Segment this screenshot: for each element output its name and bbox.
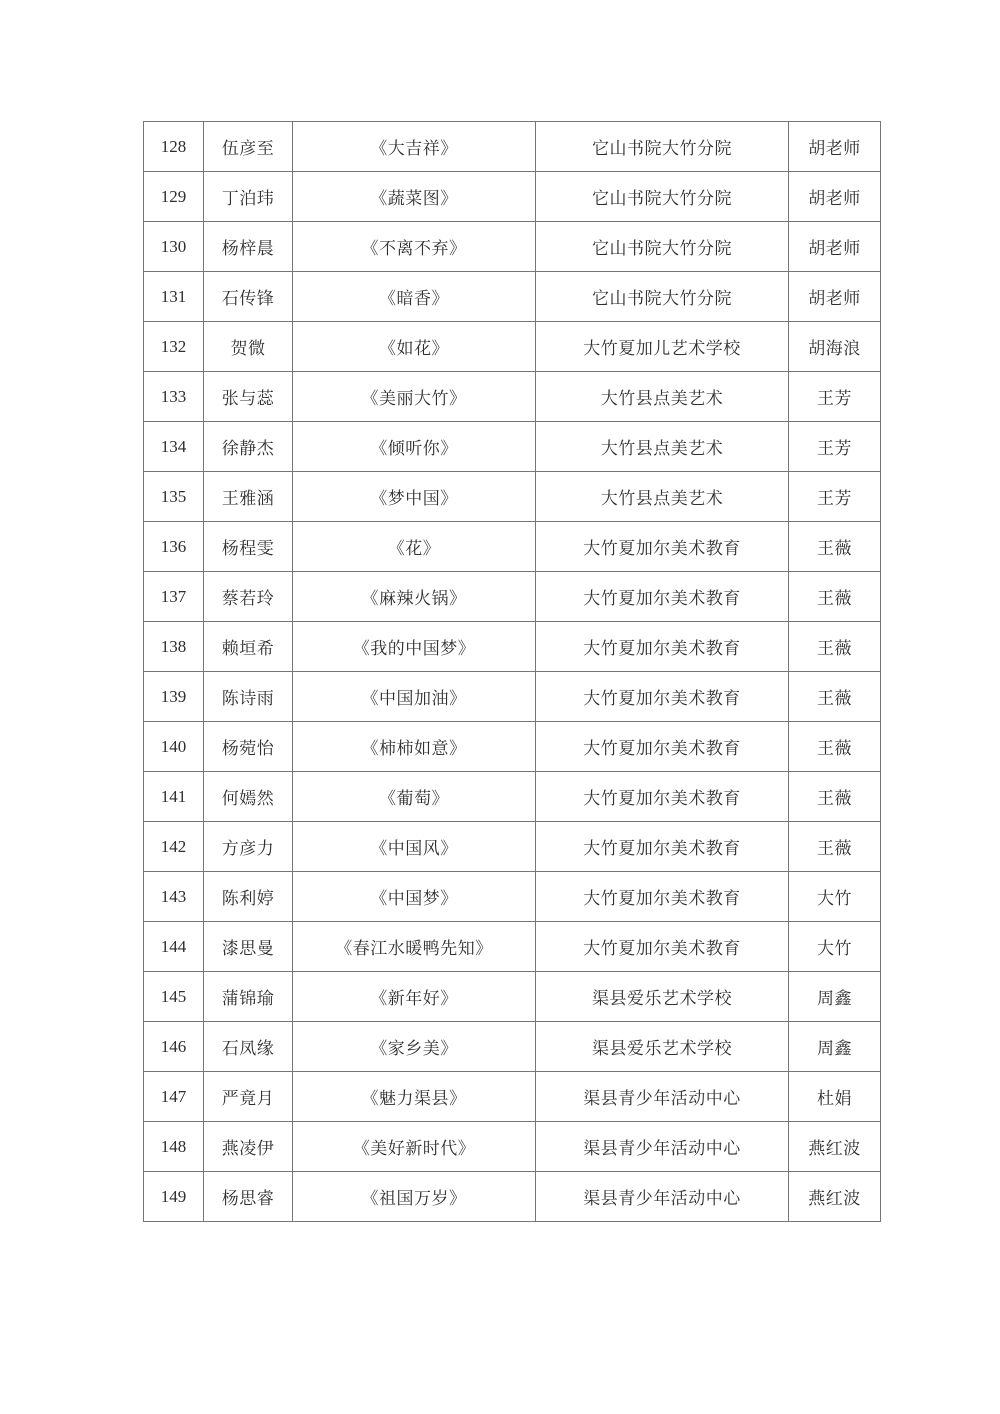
cell-school-name: 大竹县点美艺术 [536,372,789,422]
cell-artwork-title: 《中国梦》 [293,872,536,922]
table-row: 136杨程雯《花》大竹夏加尔美术教育王薇 [144,522,881,572]
cell-student-name: 杨菀怡 [204,722,293,772]
cell-teacher-name: 王薇 [789,672,881,722]
cell-artwork-title: 《梦中国》 [293,472,536,522]
cell-entry-number: 146 [144,1022,204,1072]
document-page: 128伍彦至《大吉祥》它山书院大竹分院胡老师129丁泊玮《蔬菜图》它山书院大竹分… [0,0,1000,1414]
cell-teacher-name: 周鑫 [789,1022,881,1072]
cell-teacher-name: 王薇 [789,722,881,772]
cell-entry-number: 138 [144,622,204,672]
cell-entry-number: 130 [144,222,204,272]
cell-teacher-name: 王薇 [789,772,881,822]
cell-student-name: 杨程雯 [204,522,293,572]
table-row: 132贺微《如花》大竹夏加儿艺术学校胡海浪 [144,322,881,372]
cell-school-name: 大竹县点美艺术 [536,472,789,522]
cell-student-name: 漆思曼 [204,922,293,972]
cell-teacher-name: 王芳 [789,422,881,472]
table-row: 143陈利婷《中国梦》大竹夏加尔美术教育大竹 [144,872,881,922]
cell-school-name: 它山书院大竹分院 [536,122,789,172]
cell-school-name: 大竹夏加尔美术教育 [536,672,789,722]
cell-teacher-name: 胡老师 [789,272,881,322]
cell-student-name: 石传锋 [204,272,293,322]
cell-teacher-name: 燕红波 [789,1122,881,1172]
cell-artwork-title: 《祖国万岁》 [293,1172,536,1222]
cell-teacher-name: 胡海浪 [789,322,881,372]
table-row: 135王雅涵《梦中国》大竹县点美艺术王芳 [144,472,881,522]
cell-school-name: 大竹夏加尔美术教育 [536,622,789,672]
cell-artwork-title: 《如花》 [293,322,536,372]
cell-entry-number: 140 [144,722,204,772]
cell-artwork-title: 《暗香》 [293,272,536,322]
cell-school-name: 大竹夏加尔美术教育 [536,572,789,622]
table-row: 138赖垣希《我的中国梦》大竹夏加尔美术教育王薇 [144,622,881,672]
cell-entry-number: 128 [144,122,204,172]
table-row: 128伍彦至《大吉祥》它山书院大竹分院胡老师 [144,122,881,172]
award-roster-table: 128伍彦至《大吉祥》它山书院大竹分院胡老师129丁泊玮《蔬菜图》它山书院大竹分… [143,121,881,1222]
cell-entry-number: 135 [144,472,204,522]
table-row: 144漆思曼《春江水暖鸭先知》大竹夏加尔美术教育大竹 [144,922,881,972]
cell-school-name: 大竹夏加尔美术教育 [536,772,789,822]
cell-teacher-name: 王薇 [789,822,881,872]
cell-teacher-name: 王芳 [789,472,881,522]
cell-entry-number: 144 [144,922,204,972]
cell-school-name: 渠县爱乐艺术学校 [536,1022,789,1072]
table-row: 131石传锋《暗香》它山书院大竹分院胡老师 [144,272,881,322]
cell-artwork-title: 《大吉祥》 [293,122,536,172]
cell-entry-number: 142 [144,822,204,872]
roster-table-body: 128伍彦至《大吉祥》它山书院大竹分院胡老师129丁泊玮《蔬菜图》它山书院大竹分… [144,122,881,1222]
cell-entry-number: 134 [144,422,204,472]
cell-student-name: 贺微 [204,322,293,372]
cell-teacher-name: 大竹 [789,872,881,922]
cell-entry-number: 131 [144,272,204,322]
cell-entry-number: 148 [144,1122,204,1172]
cell-entry-number: 133 [144,372,204,422]
cell-school-name: 大竹夏加尔美术教育 [536,922,789,972]
cell-student-name: 蔡若玲 [204,572,293,622]
cell-entry-number: 136 [144,522,204,572]
cell-teacher-name: 王芳 [789,372,881,422]
cell-student-name: 杨思睿 [204,1172,293,1222]
cell-school-name: 它山书院大竹分院 [536,222,789,272]
table-row: 148燕凌伊《美好新时代》渠县青少年活动中心燕红波 [144,1122,881,1172]
cell-teacher-name: 胡老师 [789,222,881,272]
cell-school-name: 大竹夏加尔美术教育 [536,822,789,872]
cell-teacher-name: 胡老师 [789,122,881,172]
cell-artwork-title: 《美丽大竹》 [293,372,536,422]
cell-artwork-title: 《蔬菜图》 [293,172,536,222]
cell-entry-number: 143 [144,872,204,922]
cell-student-name: 方彦力 [204,822,293,872]
cell-teacher-name: 王薇 [789,522,881,572]
cell-entry-number: 137 [144,572,204,622]
cell-artwork-title: 《魅力渠县》 [293,1072,536,1122]
cell-artwork-title: 《家乡美》 [293,1022,536,1072]
cell-school-name: 大竹县点美艺术 [536,422,789,472]
cell-student-name: 蒲锦瑜 [204,972,293,1022]
cell-student-name: 丁泊玮 [204,172,293,222]
cell-student-name: 赖垣希 [204,622,293,672]
cell-artwork-title: 《新年好》 [293,972,536,1022]
table-row: 145蒲锦瑜《新年好》渠县爱乐艺术学校周鑫 [144,972,881,1022]
cell-student-name: 石凤缘 [204,1022,293,1072]
cell-school-name: 渠县青少年活动中心 [536,1122,789,1172]
cell-teacher-name: 胡老师 [789,172,881,222]
cell-artwork-title: 《柿柿如意》 [293,722,536,772]
cell-entry-number: 147 [144,1072,204,1122]
cell-entry-number: 141 [144,772,204,822]
cell-artwork-title: 《春江水暖鸭先知》 [293,922,536,972]
cell-school-name: 它山书院大竹分院 [536,172,789,222]
cell-entry-number: 139 [144,672,204,722]
cell-student-name: 王雅涵 [204,472,293,522]
table-row: 142方彦力《中国风》大竹夏加尔美术教育王薇 [144,822,881,872]
table-row: 129丁泊玮《蔬菜图》它山书院大竹分院胡老师 [144,172,881,222]
cell-entry-number: 145 [144,972,204,1022]
cell-student-name: 燕凌伊 [204,1122,293,1172]
cell-student-name: 何嫣然 [204,772,293,822]
cell-teacher-name: 王薇 [789,622,881,672]
cell-school-name: 它山书院大竹分院 [536,272,789,322]
cell-artwork-title: 《美好新时代》 [293,1122,536,1172]
cell-artwork-title: 《麻辣火锅》 [293,572,536,622]
cell-artwork-title: 《不离不弃》 [293,222,536,272]
cell-teacher-name: 燕红波 [789,1172,881,1222]
cell-artwork-title: 《中国风》 [293,822,536,872]
cell-school-name: 渠县青少年活动中心 [536,1172,789,1222]
table-row: 130杨梓晨《不离不弃》它山书院大竹分院胡老师 [144,222,881,272]
cell-artwork-title: 《我的中国梦》 [293,622,536,672]
cell-teacher-name: 周鑫 [789,972,881,1022]
cell-student-name: 张与蕊 [204,372,293,422]
table-row: 134徐静杰《倾听你》大竹县点美艺术王芳 [144,422,881,472]
cell-school-name: 大竹夏加尔美术教育 [536,722,789,772]
cell-student-name: 伍彦至 [204,122,293,172]
cell-artwork-title: 《葡萄》 [293,772,536,822]
cell-student-name: 陈诗雨 [204,672,293,722]
table-row: 140杨菀怡《柿柿如意》大竹夏加尔美术教育王薇 [144,722,881,772]
cell-artwork-title: 《中国加油》 [293,672,536,722]
cell-entry-number: 149 [144,1172,204,1222]
cell-teacher-name: 王薇 [789,572,881,622]
cell-school-name: 大竹夏加尔美术教育 [536,872,789,922]
table-row: 133张与蕊《美丽大竹》大竹县点美艺术王芳 [144,372,881,422]
cell-teacher-name: 杜娟 [789,1072,881,1122]
cell-entry-number: 129 [144,172,204,222]
cell-student-name: 徐静杰 [204,422,293,472]
cell-artwork-title: 《花》 [293,522,536,572]
table-row: 147严竟月《魅力渠县》渠县青少年活动中心杜娟 [144,1072,881,1122]
cell-student-name: 陈利婷 [204,872,293,922]
table-row: 141何嫣然《葡萄》大竹夏加尔美术教育王薇 [144,772,881,822]
table-row: 139陈诗雨《中国加油》大竹夏加尔美术教育王薇 [144,672,881,722]
cell-school-name: 大竹夏加儿艺术学校 [536,322,789,372]
cell-artwork-title: 《倾听你》 [293,422,536,472]
table-row: 137蔡若玲《麻辣火锅》大竹夏加尔美术教育王薇 [144,572,881,622]
table-row: 146石凤缘《家乡美》渠县爱乐艺术学校周鑫 [144,1022,881,1072]
cell-student-name: 杨梓晨 [204,222,293,272]
cell-school-name: 渠县爱乐艺术学校 [536,972,789,1022]
cell-entry-number: 132 [144,322,204,372]
cell-school-name: 大竹夏加尔美术教育 [536,522,789,572]
cell-student-name: 严竟月 [204,1072,293,1122]
cell-teacher-name: 大竹 [789,922,881,972]
table-row: 149杨思睿《祖国万岁》渠县青少年活动中心燕红波 [144,1172,881,1222]
cell-school-name: 渠县青少年活动中心 [536,1072,789,1122]
